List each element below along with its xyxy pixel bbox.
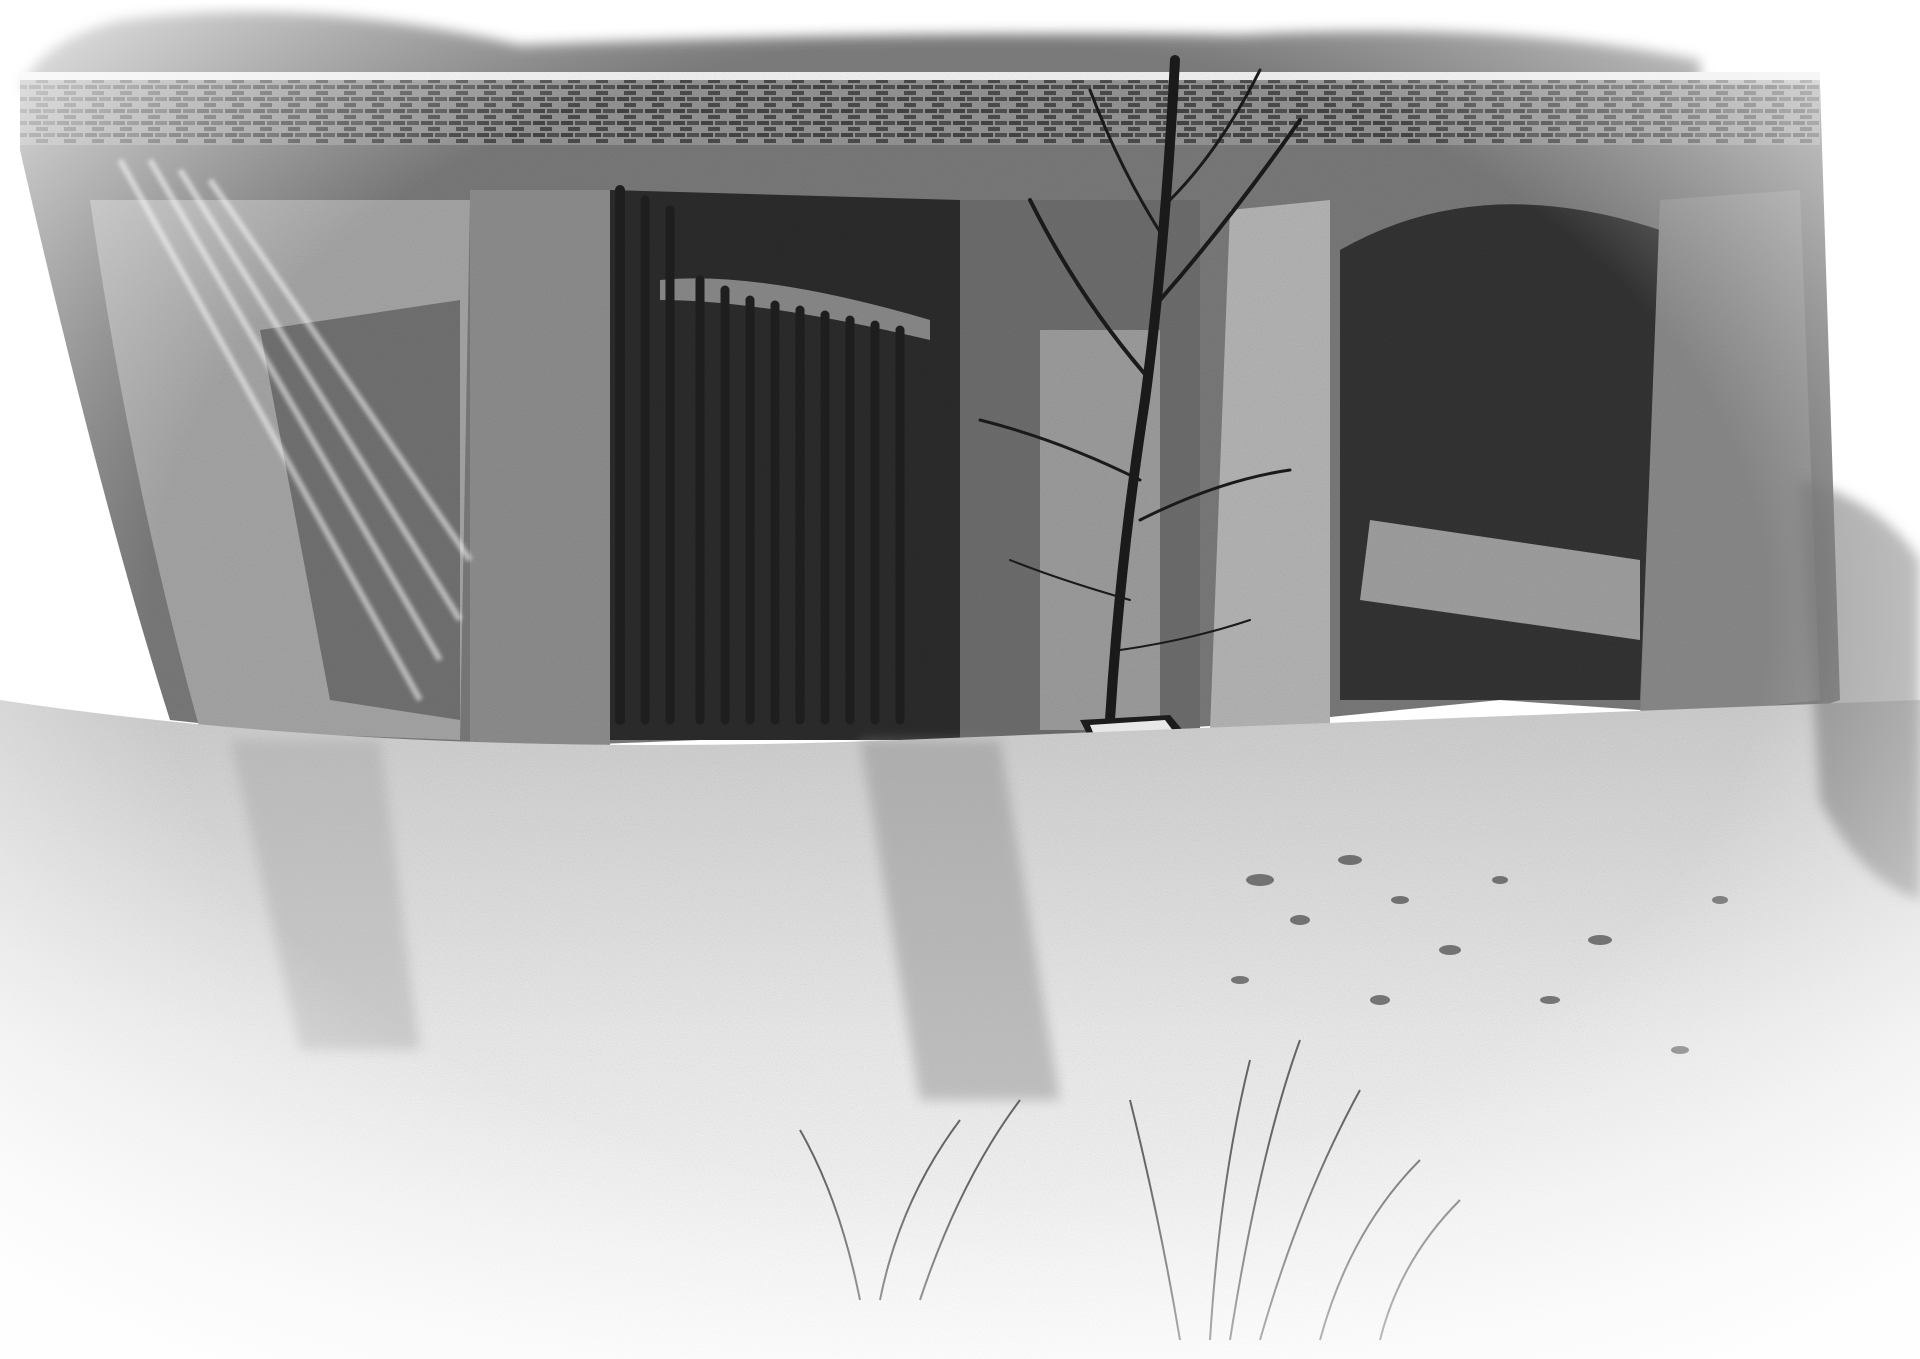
viaduct-photograph [0, 0, 1920, 1359]
vignette [0, 0, 1920, 1359]
